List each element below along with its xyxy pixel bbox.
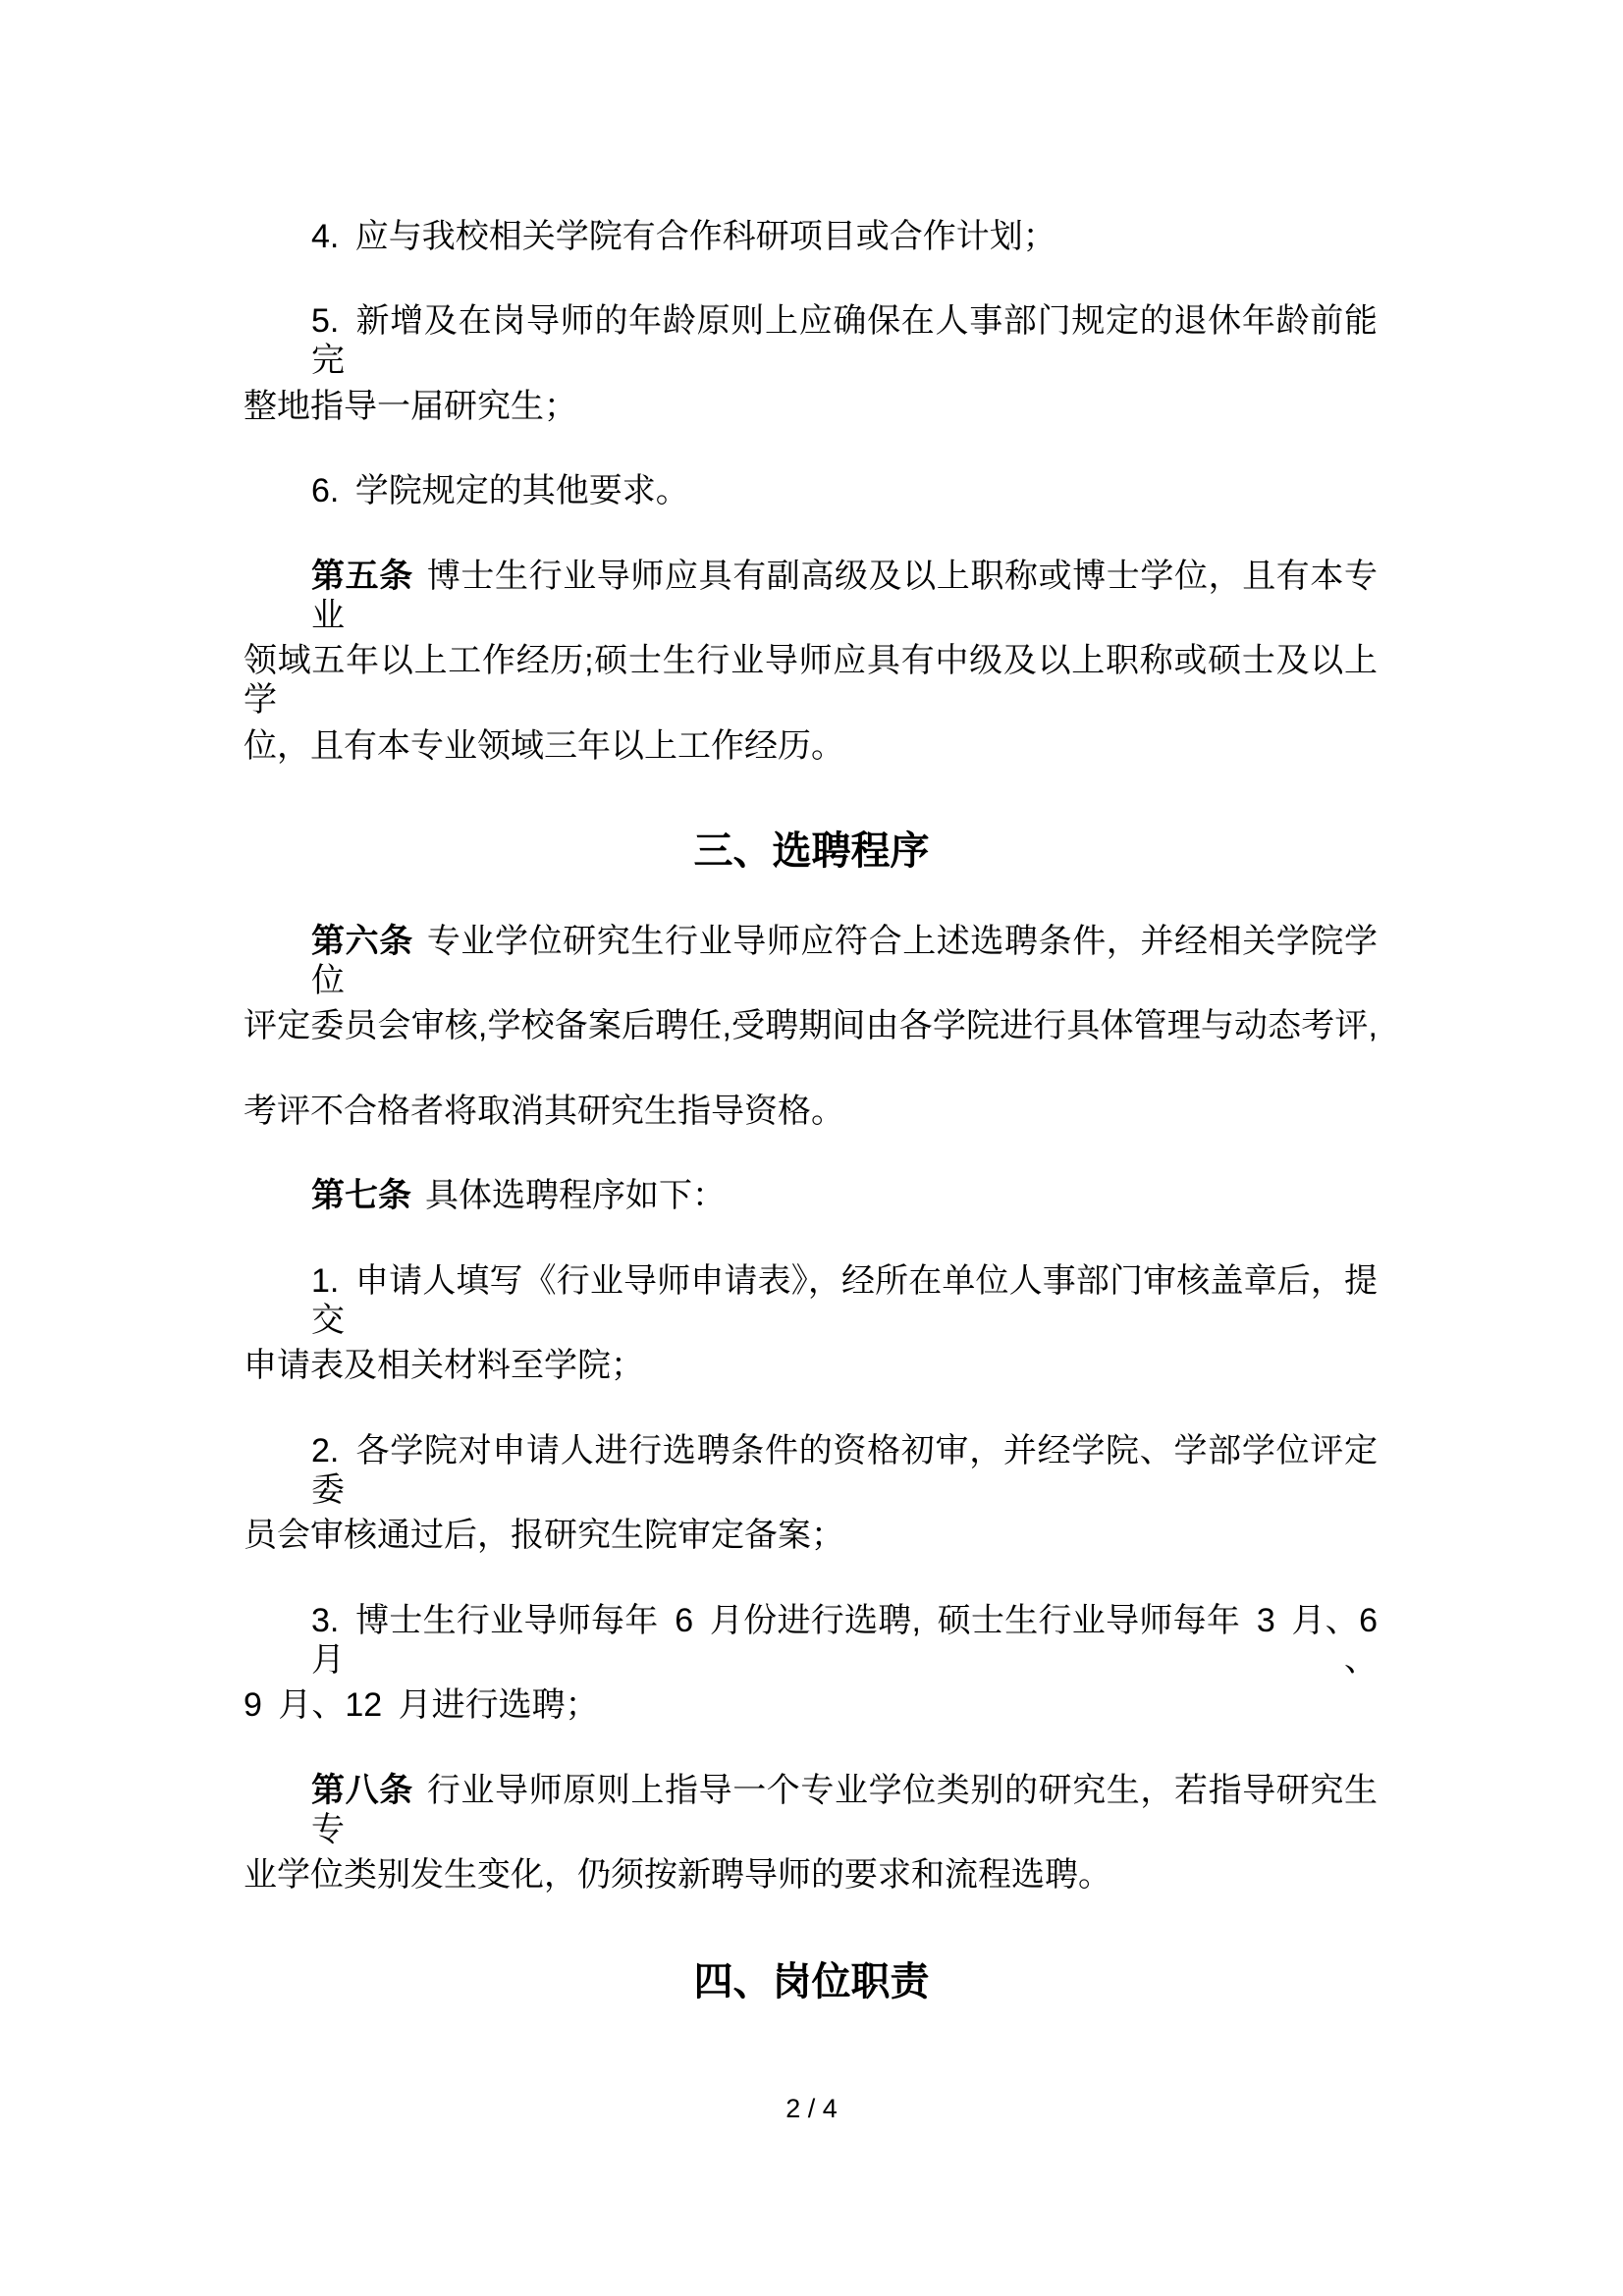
procedure-item-3-line-1: 3. 博士生行业导师每年 6 月份进行选聘, 硕士生行业导师每年 3 月、6 月… (243, 1601, 1378, 1680)
article-5-number: 第五条 (311, 558, 413, 595)
article-5-text: 博士生行业导师应具有副高级及以上职称或博士学位，且有本专业 (311, 558, 1378, 634)
article-6-number: 第六条 (311, 923, 413, 960)
article-7-text: 具体选聘程序如下： (425, 1177, 726, 1214)
article-7-line: 第七条具体选聘程序如下： (243, 1176, 1378, 1215)
list-item-6: 6. 学院规定的其他要求。 (243, 471, 1378, 510)
article-8-line-1: 第八条行业导师原则上指导一个专业学位类别的研究生，若指导研究生专 (243, 1771, 1378, 1849)
article-8-line-2: 业学位类别发生变化，仍须按新聘导师的要求和流程选聘。 (243, 1855, 1378, 1895)
article-7-number: 第七条 (311, 1177, 411, 1214)
list-item-5-line-1: 5. 新增及在岗导师的年龄原则上应确保在人事部门规定的退休年龄前能完 (243, 301, 1378, 380)
article-5-line-2: 领域五年以上工作经历;硕士生行业导师应具有中级及以上职称或硕士及以上学 (243, 641, 1378, 720)
document-page: 4. 应与我校相关学院有合作科研项目或合作计划； 5. 新增及在岗导师的年龄原则… (0, 0, 1623, 2296)
section-heading-3: 三、选聘程序 (0, 828, 1623, 875)
article-6-line-1: 第六条专业学位研究生行业导师应符合上述选聘条件，并经相关学院学位 (243, 922, 1378, 1000)
article-6-line-2: 评定委员会审核,学校备案后聘任,受聘期间由各学院进行具体管理与动态考评, (243, 1006, 1378, 1045)
article-6-text: 专业学位研究生行业导师应符合上述选聘条件，并经相关学院学位 (311, 923, 1378, 999)
article-8-text: 行业导师原则上指导一个专业学位类别的研究生，若指导研究生专 (311, 1772, 1378, 1848)
procedure-item-1-line-1: 1. 申请人填写《行业导师申请表》，经所在单位人事部门审核盖章后，提交 (243, 1261, 1378, 1340)
list-item-4: 4. 应与我校相关学院有合作科研项目或合作计划； (243, 217, 1378, 256)
article-5-line-3: 位，且有本专业领域三年以上工作经历。 (243, 726, 1378, 766)
article-5-line-1: 第五条博士生行业导师应具有副高级及以上职称或博士学位，且有本专业 (243, 557, 1378, 635)
page-number: 2 / 4 (0, 2093, 1623, 2124)
article-6-line-3: 考评不合格者将取消其研究生指导资格。 (243, 1092, 1378, 1131)
article-8-number: 第八条 (311, 1772, 413, 1809)
list-item-5-line-2: 整地指导一届研究生； (243, 387, 1378, 426)
procedure-item-2-line-1: 2. 各学院对申请人进行选聘条件的资格初审，并经学院、学部学位评定委 (243, 1431, 1378, 1510)
procedure-item-2-line-2: 员会审核通过后，报研究生院审定备案； (243, 1516, 1378, 1555)
procedure-item-1-line-2: 申请表及相关材料至学院； (243, 1346, 1378, 1385)
section-heading-4: 四、岗位职责 (0, 1958, 1623, 2005)
procedure-item-3-line-2: 9 月、12 月进行选聘； (243, 1685, 1378, 1725)
